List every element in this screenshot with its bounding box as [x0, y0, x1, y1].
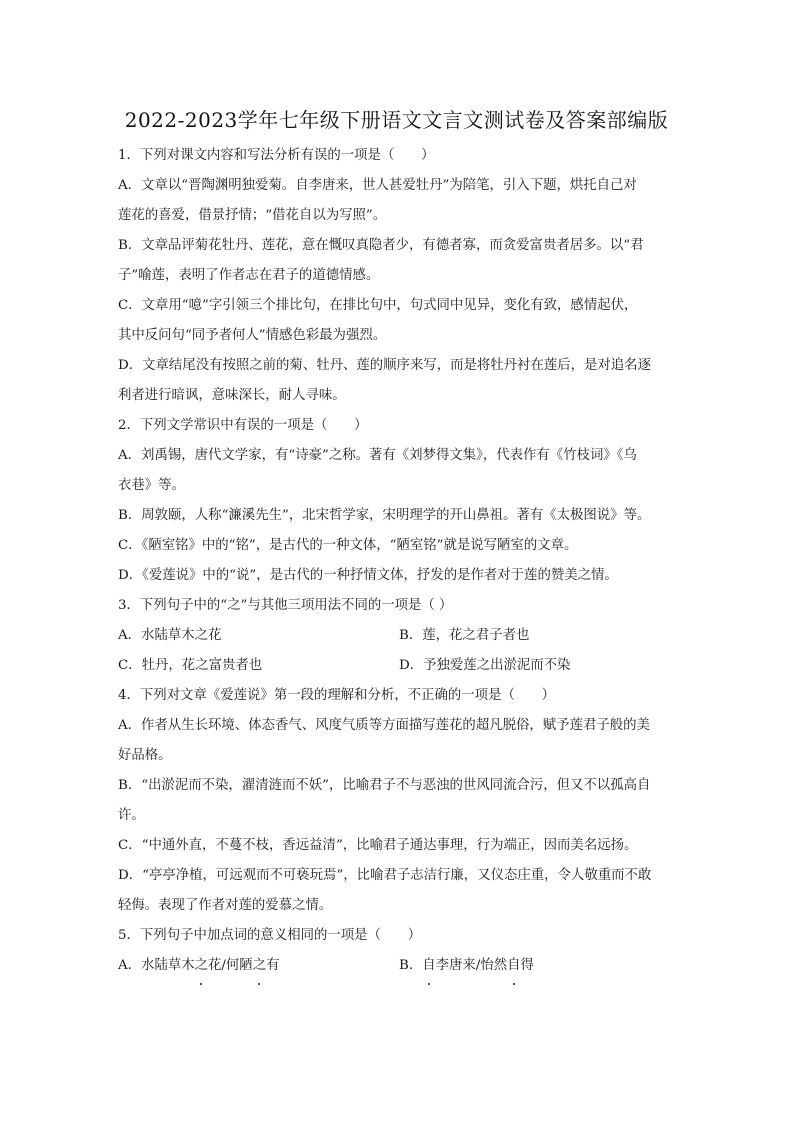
option-text: 得: [520, 958, 533, 973]
question-1-line: 子”喻莲，表明了作者志在君子的道德情感。: [118, 261, 680, 291]
question-2-line: D．《爱莲说》中的“说”，是古代的一种抒情文体，抒发的是作者对于莲的赞美之情。: [118, 561, 680, 591]
question-5-stem: 5．下列句子中加点词的意义相同的一项是（ ）: [118, 921, 680, 951]
question-3-options-row: C．牡丹，花之富贵者也 D．予独爱莲之出淤泥而不染: [118, 651, 680, 681]
question-3-options-row: A．水陆草木之花 B．莲，花之君子者也: [118, 621, 680, 651]
question-5-options-row: A．水陆草木之花/何陋之有 B．自李唐来/怡然自得: [118, 951, 680, 981]
question-5-option-b: B．自李唐来/怡然自得: [399, 951, 680, 981]
question-4-line: 好品格。: [118, 741, 680, 771]
question-2-line: 衣巷》等。: [118, 471, 680, 501]
question-2-line: B．周敦颐，人称“濂溪先生”，北宋哲学家，宋明理学的开山鼻祖。著有《太极图说》等…: [118, 501, 680, 531]
question-1-line: 其中反问句“同予者何人”情感色彩最为强烈。: [118, 321, 680, 351]
dotted-word: 自: [422, 951, 435, 981]
question-2-line: C．《陋室铭》中的“铭”，是古代的一种文体，“陋室铭”就是说写陋室的文章。: [118, 531, 680, 561]
dotted-word: 之: [253, 951, 266, 981]
question-1-line: B．文章品评菊花牡丹、莲花，意在慨叹真隐者少，有德者寡，而贪爱富贵者居多。以“君: [118, 231, 680, 261]
question-1-stem: 1．下列对课文内容和写法分析有误的一项是（ ）: [118, 141, 680, 171]
option-text: A．水陆草木: [118, 958, 195, 973]
question-4-line: B．“出淤泥而不染，濯清涟而不妖”，比喻君子不与恶浊的世风同流合污，但又不以孤高…: [118, 771, 680, 801]
question-1-line: D．文章结尾没有按照之前的菊、牡丹、莲的顺序来写，而是将牡丹衬在莲后，是对追名逐: [118, 351, 680, 381]
question-2-line: A．刘禹锡，唐代文学家，有“诗豪”之称。著有《刘梦得文集》，代表作有《竹枝词》《…: [118, 441, 680, 471]
question-4-line: C．“中通外直，不蔓不枝，香远益清”，比喻君子通达事理，行为端正，因而美名远扬。: [118, 831, 680, 861]
option-text: 李唐来/怡然: [436, 958, 507, 973]
question-4-line: A．作者从生长环境、体态香气、风度气质等方面描写莲花的超凡脱俗，赋予莲君子般的美: [118, 711, 680, 741]
dotted-word: 自: [507, 951, 520, 981]
question-3-option-a: A．水陆草木之花: [118, 621, 399, 651]
option-text: B．: [399, 958, 422, 973]
dotted-word: 之: [195, 951, 208, 981]
question-1-line: C．文章用“噫”字引领三个排比句，在排比句中，句式同中见异，变化有致，感情起伏，: [118, 291, 680, 321]
question-4-line: 许。: [118, 801, 680, 831]
question-4-stem: 4．下列对文章《爱莲说》第一段的理解和分析，不正确的一项是（ ）: [118, 681, 680, 711]
question-3-option-d: D．予独爱莲之出淤泥而不染: [399, 651, 680, 681]
question-2-stem: 2．下列文学常识中有误的一项是（ ）: [118, 411, 680, 441]
question-1-line: A．文章以“晋陶渊明独爱菊。自李唐来，世人甚爱牡丹”为陪笔，引入下题，烘托自己对: [118, 171, 680, 201]
option-text: 花/何陋: [208, 958, 253, 973]
question-3-option-b: B．莲，花之君子者也: [399, 621, 680, 651]
question-3-option-c: C．牡丹，花之富贵者也: [118, 651, 399, 681]
document-title: 2022-2023学年七年级下册语文文言文测试卷及答案部编版: [0, 104, 793, 133]
question-4-line: 轻侮。表现了作者对莲的爱慕之情。: [118, 891, 680, 921]
document-page: 2022-2023学年七年级下册语文文言文测试卷及答案部编版 1．下列对课文内容…: [0, 0, 793, 1122]
question-5-option-a: A．水陆草木之花/何陋之有: [118, 951, 399, 981]
question-4-line: D．“亭亭净植，可远观而不可亵玩焉”，比喻君子志洁行廉，又仪态庄重，令人敬重而不…: [118, 861, 680, 891]
question-1-line: 莲花的喜爱，借景抒情；“借花自以为写照”。: [118, 201, 680, 231]
question-1-line: 利者进行暗讽，意味深长，耐人寻味。: [118, 381, 680, 411]
question-3-stem: 3．下列句子中的“之”与其他三项用法不同的一项是（ ）: [118, 591, 680, 621]
document-body: 1．下列对课文内容和写法分析有误的一项是（ ） A．文章以“晋陶渊明独爱菊。自李…: [118, 141, 680, 981]
option-text: 有: [266, 958, 279, 973]
